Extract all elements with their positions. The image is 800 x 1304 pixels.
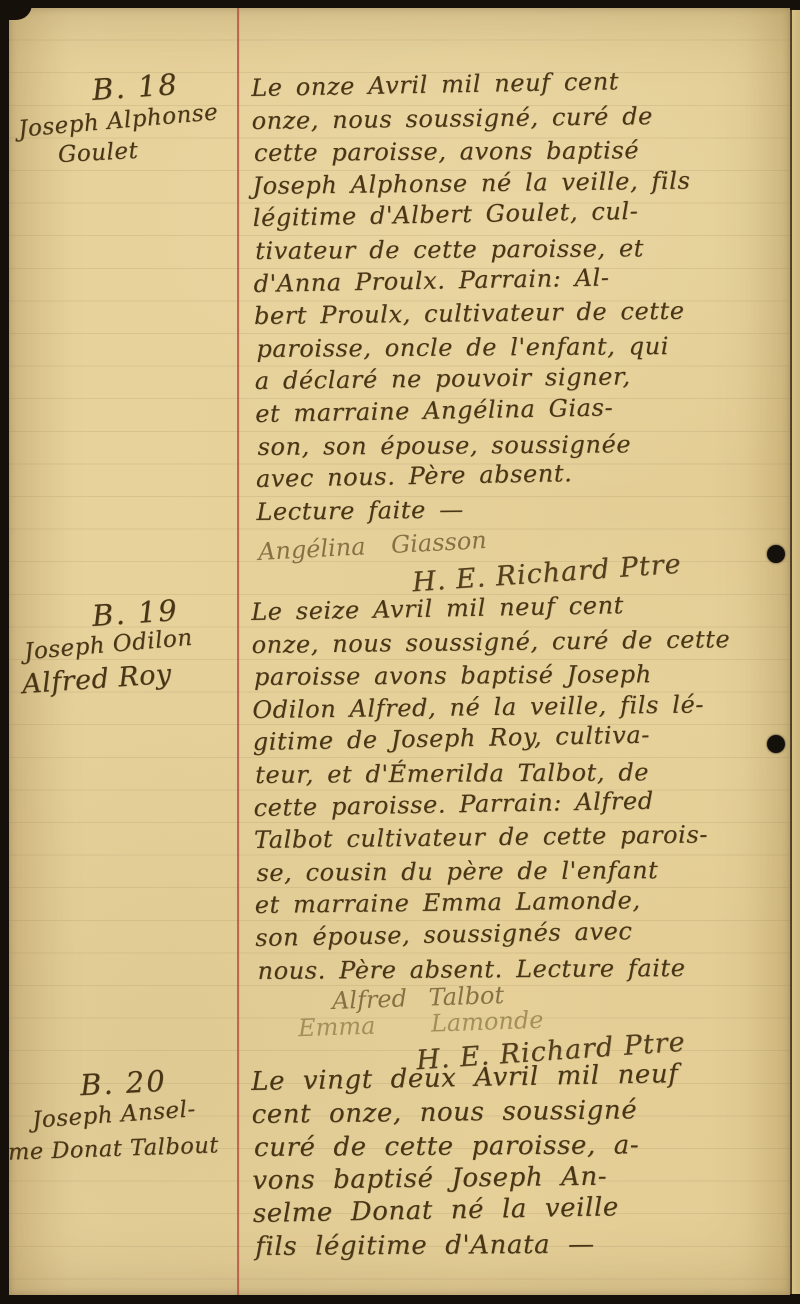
record-line: cette paroisse, avons baptisé xyxy=(254,134,692,170)
entry-number: B. 18 xyxy=(91,67,180,107)
record-line: paroisse avons baptisé Joseph xyxy=(254,658,733,694)
record-line: curé de cette paroisse, a- xyxy=(254,1129,682,1165)
record-line: avec nous. Père absent. xyxy=(256,455,695,496)
red-margin-line xyxy=(237,8,239,1295)
entry-body: Le onze Avril mil neuf cent onze, nous s… xyxy=(251,67,695,529)
entry-number: B. 20 xyxy=(79,1064,167,1102)
record-line: cent onze, nous soussigné xyxy=(251,1094,679,1132)
record-line: Le vingt deux Avril mil neuf xyxy=(251,1058,679,1099)
record-line: Lecture faite — xyxy=(256,490,694,528)
hole-punch xyxy=(767,545,785,563)
hole-punch xyxy=(767,735,785,753)
record-line: se, cousin du père de l'enfant xyxy=(256,853,735,889)
record-line: gitime de Joseph Roy, cultiva- xyxy=(252,718,731,759)
entry-body: Le vingt deux Avril mil neuf cent onze, … xyxy=(251,1061,681,1264)
record-line: Le onze Avril mil neuf cent xyxy=(251,64,690,105)
record-line: Talbot cultivateur de cette parois- xyxy=(254,818,733,856)
record-line: légitime d'Albert Goulet, cul- xyxy=(252,194,691,235)
record-line: onze, nous soussigné, curé de xyxy=(251,99,689,137)
record-line: et marraine Angélina Gias- xyxy=(255,390,694,431)
record-line: onze, nous soussigné, curé de cette xyxy=(251,623,730,661)
scanned-register-page: { "colors": { "paper": "#e6d099", "ink":… xyxy=(0,0,800,1304)
record-line: selme Donat né la veille xyxy=(253,1190,681,1231)
record-line: bert Proulx, cultivateur de cette xyxy=(254,295,692,333)
margin-name-line: Goulet xyxy=(57,138,139,168)
record-line: paroisse, oncle de l'enfant, qui xyxy=(256,330,694,366)
entry-body: Le seize Avril mil neuf cent onze, nous … xyxy=(251,590,734,987)
record-line: fils légitime d'Anata — xyxy=(255,1228,683,1264)
next-page-edge xyxy=(790,10,800,1294)
